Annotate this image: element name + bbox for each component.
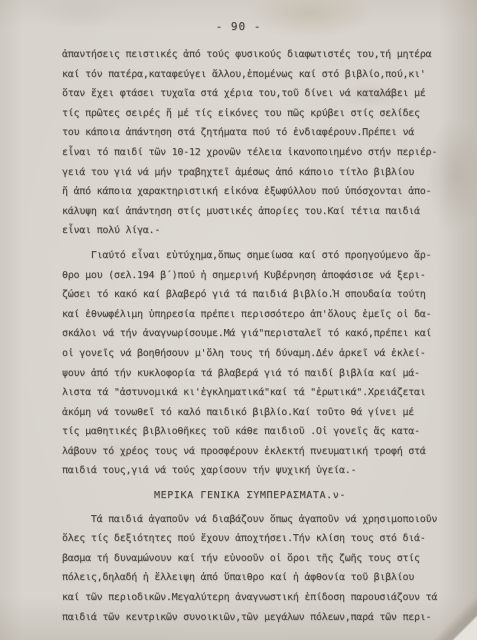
text-line: ἤ ἀπό κάποια χαρακτηριστική εἰκόνα ἐξωφύ… <box>62 182 438 202</box>
text-line: εἶναι τό παιδί τῶν 10-12 χρονῶν τέλεια ἱ… <box>62 143 438 163</box>
text-line: ζώσει τό κακό καί βλαβερό γιά τά παιδιά … <box>62 285 438 305</box>
text-line: τίς πρῶτες σειρές ἤ μέ τίς εἰκόνες του π… <box>62 104 438 124</box>
text-line: ψουν ἀπό τήν κυκλοφορία τά βλαβερά γιά τ… <box>62 364 438 384</box>
text-line: του κάποια ἀπάντηση στά ζητήματα πού τό … <box>62 123 438 143</box>
text-line: Γιαύτό εἶναι εὐτύχημα,ὅπως σημείωσα καί … <box>62 246 438 266</box>
page-number: - 90 - <box>0 20 477 33</box>
text-line: λιστα τά "ἀστυνομικά κι'ἐγκληματικά"καί … <box>62 383 438 403</box>
text-line: παιδιά τους,γιά νά τούς χαρίσουν τήν ψυχ… <box>62 461 438 481</box>
text-line: τίς μαθητικές βιβλιοθῆκες τοῦ κάθε παιδι… <box>62 422 438 442</box>
text-line: Τά παιδιά ἀγαποῦν νά διαβάζουν ὅπως ἀγαπ… <box>62 510 438 530</box>
text-line: παιδιά τῶν κεντρικῶν συνοικιῶν,τῶν μεγάλ… <box>62 608 438 628</box>
text-line: εἶναι πολύ λίγα.- <box>62 221 438 241</box>
text-line: οἱ γονεῖς νά βοηθήσουν μ'ὅλη τους τή δύν… <box>62 344 438 364</box>
text-line: ἀκόμη νά τονωθεῖ τό καλό παιδικό βιβλίο.… <box>62 403 438 423</box>
scanned-document-page: - 90 - ἀπαντήσεις πειστικές ἀπό τούς φυσ… <box>0 0 477 640</box>
text-line: ὅταν ἔχει φτάσει τυχαῖα στά χέρια του,το… <box>62 84 438 104</box>
text-line: γειά του γιά νά μήν τραβηχτεῖ ἀμέσως ἀπό… <box>62 163 438 183</box>
text-line: καί τόν πατέρα,καταφεύγει ἄλλου,ἑπομένως… <box>62 65 438 85</box>
paragraph: Τά παιδιά ἀγαποῦν νά διαβάζουν ὅπως ἀγαπ… <box>62 510 438 628</box>
text-line: καί τῶν περιοδικῶν.Μεγαλύτερη ἀναγνωστικ… <box>62 588 438 608</box>
text-line: λάβουν τό χρέος τους νά προσφέρουν ἐκλεκ… <box>62 442 438 462</box>
document-body: ἀπαντήσεις πειστικές ἀπό τούς φυσικούς δ… <box>62 45 438 627</box>
paragraph: Γιαύτό εἶναι εὐτύχημα,ὅπως σημείωσα καί … <box>62 246 438 481</box>
text-line: καί ἐθνωφέλιμη ὑπηρεσία πρέπει περισσότε… <box>62 305 438 325</box>
text-line: βασμα τή δυναμώνουν καί τήν εὐνοοῦν οἱ ὅ… <box>62 549 438 569</box>
text-line: ἀπαντήσεις πειστικές ἀπό τούς φυσικούς δ… <box>62 45 438 65</box>
text-line: κάλυψη καί ἀπάντηση στίς μυστικές ἀπορίε… <box>62 202 438 222</box>
text-line: σκάλοι νά τήν ἀναγνωρίσουμε.Μά γιά"περισ… <box>62 324 438 344</box>
paragraph: ἀπαντήσεις πειστικές ἀπό τούς φυσικούς δ… <box>62 45 438 241</box>
text-line: θρο μου (σελ.194 β΄)πού ἡ σημερινή Κυβέρ… <box>62 266 438 286</box>
section-heading: ΜΕΡΙΚΑ ΓΕΝΙΚΑ ΣΥΜΠΕΡΑΣΜΑΤΑ.ν- <box>62 486 438 506</box>
text-line: πόλεις,δηλαδή ἡ ἔλλειψη ἀπό ὕπαιθρο καί … <box>62 568 438 588</box>
text-line: ὅλες τίς δεξιότητες πού ἔχουν ἀποχτήσει.… <box>62 529 438 549</box>
